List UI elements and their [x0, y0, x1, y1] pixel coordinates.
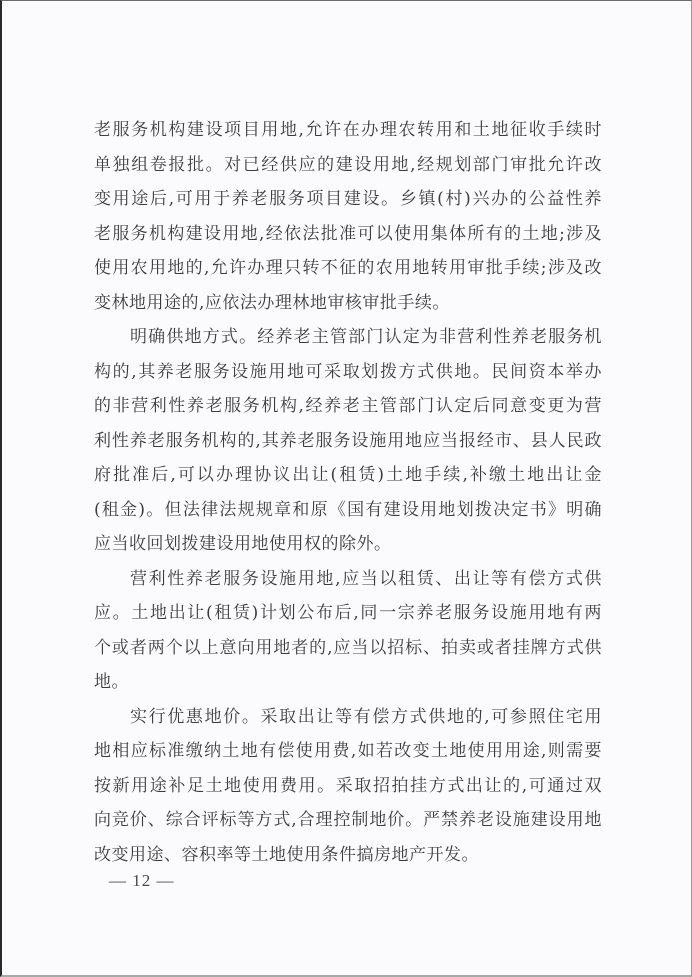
- text-line: 个或者两个以上意向用地者的,应当以招标、拍卖或者挂牌方式供: [94, 631, 602, 666]
- text-line: 按新用途补足土地使用费用。采取招拍挂方式出让的,可通过双: [94, 769, 602, 804]
- paragraph-for-profit: 营利性养老服务设施用地,应当以租赁、出让等有偿方式供 应。土地出让(租赁)计划公…: [94, 562, 602, 700]
- document-body: 老服务机构建设项目用地,允许在办理农转用和土地征收手续时 单独组卷报批。对已经供…: [94, 113, 602, 872]
- text-line: 变林地用途的,应依法办理林地审核审批手续。: [94, 286, 602, 321]
- text-line: 老服务机构建设项目用地,允许在办理农转用和土地征收手续时: [94, 113, 602, 148]
- text-line: 应。土地出让(租赁)计划公布后,同一宗养老服务设施用地有两: [94, 596, 602, 631]
- text-line: 的非营利性养老服务机构,经养老主管部门认定后同意变更为营: [94, 389, 602, 424]
- text-line: 府批准后,可以办理协议出让(租赁)土地手续,补缴土地出让金: [94, 458, 602, 493]
- text-line: 应当收回划拨建设用地使用权的除外。: [94, 527, 602, 562]
- text-line: 老服务机构建设用地,经依法批准可以使用集体所有的土地;涉及: [94, 217, 602, 252]
- text-line: 实行优惠地价。采取出让等有偿方式供地的,可参照住宅用: [94, 700, 602, 735]
- text-line: 使用农用地的,允许办理只转不征的农用地转用审批手续;涉及改: [94, 251, 602, 286]
- paragraph-preferential-price: 实行优惠地价。采取出让等有偿方式供地的,可参照住宅用 地相应标准缴纳土地有偿使用…: [94, 700, 602, 873]
- text-line: 单独组卷报批。对已经供应的建设用地,经规划部门审批允许改: [94, 148, 602, 183]
- paragraph-supply-method: 明确供地方式。经养老主管部门认定为非营利性养老服务机 构的,其养老服务设施用地可…: [94, 320, 602, 562]
- page-number: — 12 —: [109, 871, 175, 891]
- text-line: 改变用途、容积率等土地使用条件搞房地产开发。: [94, 838, 602, 873]
- text-line: 向竞价、综合评标等方式,合理控制地价。严禁养老设施建设用地: [94, 803, 602, 838]
- text-line: 地相应标准缴纳土地有偿使用费,如若改变土地使用用途,则需要: [94, 734, 602, 769]
- text-line: 营利性养老服务设施用地,应当以租赁、出让等有偿方式供: [94, 562, 602, 597]
- text-line: 地。: [94, 665, 602, 700]
- text-line: 构的,其养老服务设施用地可采取划拨方式供地。民间资本举办: [94, 355, 602, 390]
- text-line: 变用途后,可用于养老服务项目建设。乡镇(村)兴办的公益性养: [94, 182, 602, 217]
- text-line: 利性养老服务机构的,其养老服务设施用地应当报经市、县人民政: [94, 424, 602, 459]
- paragraph-continued: 老服务机构建设项目用地,允许在办理农转用和土地征收手续时 单独组卷报批。对已经供…: [94, 113, 602, 320]
- text-line: 明确供地方式。经养老主管部门认定为非营利性养老服务机: [94, 320, 602, 355]
- text-line: (租金)。但法律法规规章和原《国有建设用地划拨决定书》明确: [94, 493, 602, 528]
- document-page: 老服务机构建设项目用地,允许在办理农转用和土地征收手续时 单独组卷报批。对已经供…: [0, 0, 692, 977]
